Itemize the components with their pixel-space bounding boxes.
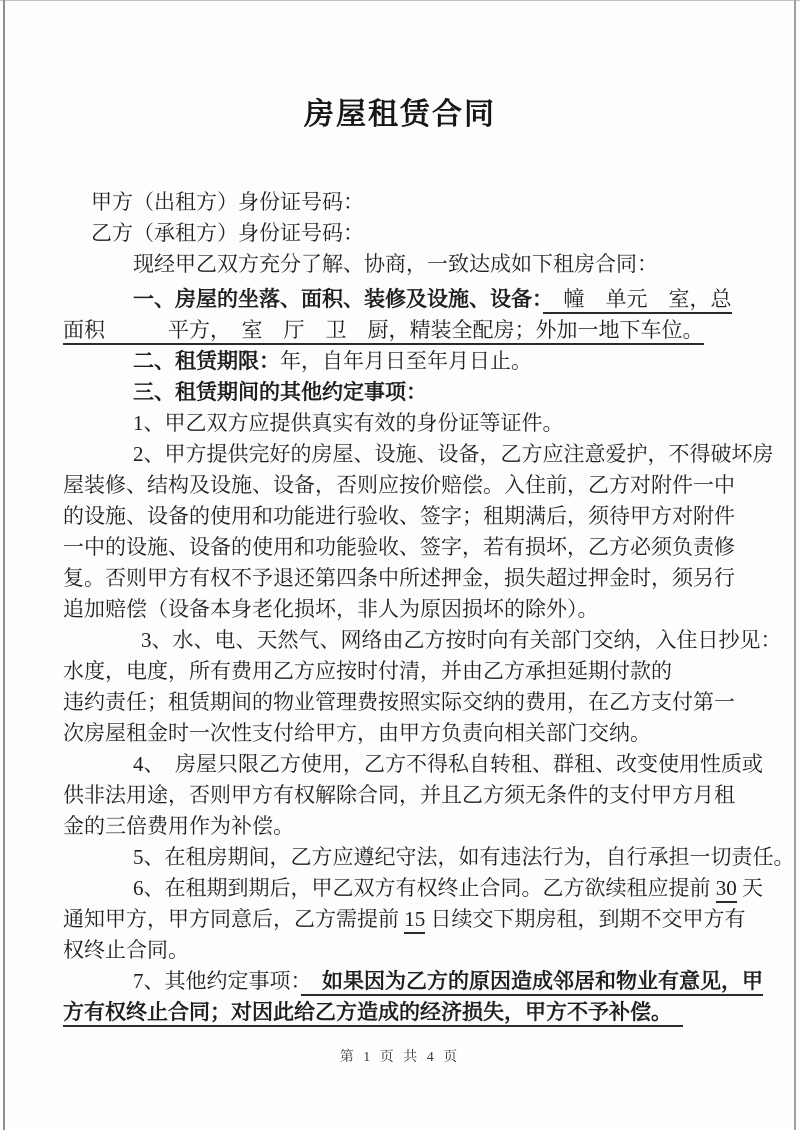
text-segment: 身份证号码： [238,221,364,245]
text-segment: 日至 [385,349,427,373]
item2-line3: 的设施、设备的使用和功能进行验收、签字；租期满后，须待甲方对附件 [63,501,780,532]
text-segment: 1、甲乙双方应提供真实有效的身份证等证件。 [133,411,564,435]
text-segment: 水 [63,659,84,683]
text-segment: 月 [364,349,385,373]
item2-line1: 2、甲方提供完好的房屋、设施、设备，乙方应注意爱护，不得破坏房 [63,439,780,470]
item1-line1: 1、甲乙双方应提供真实有效的身份证等证件。 [63,408,780,439]
text-segment: 违约责任；租赁期间的物业管理费按照实际交纳的费用，在乙方支付第一 [63,690,735,714]
page-number: 第 1 页 共 4 页 [0,1046,800,1066]
contract-body: 甲方（出租方）身份证号码：乙方（承租方）身份证号码：现经甲乙双方充分了解、协商，… [63,187,780,1028]
text-segment: 现经甲乙双方充分了解、协商，一致达成如下租房合同： [133,252,658,276]
text-segment: 的设施、设备的使用和功能进行验收、签字；租期满后，须待甲方对附件 [63,504,735,528]
item4-line1: 4、 房屋只限乙方使用，乙方不得私自转租、群租、改变使用性质或 [63,749,780,780]
text-segment: 面积 平方， 室 厅 卫 厨，精装全配房；外加一地下车位。 [63,318,704,345]
scan-edge-right [794,0,796,1130]
item3-line4: 次房屋租金时一次性支付给甲方，由甲方负责向相关部门交纳。 [63,718,780,749]
text-segment: 复。否则甲方有权不予退还第四条中所述押金，损失超过押金时，须另行 [63,566,735,590]
text-segment: 2、甲方提供完好的房屋、设施、设备，乙方应注意爱护，不得破坏房 [133,442,774,466]
text-segment: 度，电 [84,659,147,683]
text-segment: 年 [343,349,364,373]
text-segment: 三、租赁期间的其他约定事项： [133,381,427,404]
intro-line: 现经甲乙双方充分了解、协商，一致达成如下租房合同： [63,249,780,280]
text-segment: 一、房屋的坐落、面积、装修及设施、设备： [133,288,543,311]
section1-line1: 一、房屋的坐落、面积、装修及设施、设备： 幢 单元 室，总 [63,284,780,315]
text-segment: 通知甲方，甲方同意后，乙方需提前 [63,907,404,931]
item2-line6: 追加赔偿（设备本身老化损坏，非人为原因损坏的除外）。 [63,594,780,625]
scan-edge-top [0,0,800,1]
item2-line5: 复。否则甲方有权不予退还第四条中所述押金，损失超过押金时，须另行 [63,563,780,594]
text-segment: 月 [448,349,469,373]
text-segment: 追加赔偿（设备本身老化损坏，非人为原因损坏的除外）。 [63,597,599,621]
text-segment: 屋装修、结构及设施、设备，否则应按价赔偿。入住前，乙方对附件一中 [63,473,735,497]
text-segment: 4、 房屋只限乙方使用，乙方不得私自转租、群租、改变使用性质或 [133,752,763,776]
text-segment: 5、在租房期间，乙方应遵纪守法，如有违法行为，自行承担一切责任。 [133,845,795,869]
text-segment: 身份证号码： [238,190,364,214]
scan-edge-left [3,0,5,1130]
item7-line2: 方有权终止合同；对因此给乙方造成的经济损失，甲方不予补偿。 [63,997,780,1028]
item3-line1: 3、水、电、天然气、网络由乙方按时向有关部门交纳，入住日抄见： [63,625,780,656]
text-segment: 年 [427,349,448,373]
text-segment: 度，所有费用乙方应按时付清，并由乙方承担延期付款的 [147,659,672,683]
text-segment: 乙方（承租方） [91,221,238,245]
text-segment: 幢 单元 室，总 [543,287,732,314]
party-a-line: 甲方（出租方）身份证号码： [63,187,780,218]
item3-line2: 水度，电度，所有费用乙方应按时付清，并由乙方承担延期付款的 [63,656,780,687]
item4-line2: 供非法用途，否则甲方有权解除合同，并且乙方须无条件的支付甲方月租 [63,780,780,811]
text-segment: 二、租赁期限： [133,350,280,373]
text-segment: 权终止合同。 [63,938,189,962]
text-segment: 日续交下期房租，到期不交甲方有 [425,907,745,931]
text-segment: 30 [716,876,737,903]
contract-title: 房屋租赁合同 [0,95,800,135]
item5-line1: 5、在租房期间，乙方应遵纪守法，如有违法行为，自行承担一切责任。 [63,842,780,873]
section2-line: 二、租赁期限：年，自年月日至年月日止。 [63,346,780,377]
text-segment: 次房屋租金时一次性支付给甲方，由甲方负责向相关部门交纳。 [63,721,651,745]
text-segment: 甲方（出租方） [91,190,238,214]
item4-line3: 金的三倍费用作为补偿。 [63,811,780,842]
item2-line2: 屋装修、结构及设施、设备，否则应按价赔偿。入住前，乙方对附件一中 [63,470,780,501]
item7-line1: 7、其他约定事项： 如果因为乙方的原因造成邻居和物业有意见，甲 [63,966,780,997]
text-segment: 天 [737,876,763,900]
item3-line3: 违约责任；租赁期间的物业管理费按照实际交纳的费用，在乙方支付第一 [63,687,780,718]
text-segment: 方有权终止合同；对因此给乙方造成的经济损失，甲方不予补偿。 [63,1001,683,1027]
text-segment: 金的三倍费用作为补偿。 [63,814,294,838]
item6-line2: 通知甲方，甲方同意后，乙方需提前 15 日续交下期房租，到期不交甲方有 [63,904,780,935]
party-b-line: 乙方（承租方）身份证号码： [63,218,780,249]
text-segment: 6、在租期到期后，甲乙双方有权终止合同。乙方欲续租应提前 [133,876,716,900]
scanned-rental-contract-page: 房屋租赁合同 甲方（出租方）身份证号码：乙方（承租方）身份证号码：现经甲乙双方充… [0,0,800,1130]
item2-line4: 一中的设施、设备的使用和功能验收、签字，若有损坏，乙方必须负责修 [63,532,780,563]
text-segment: 日止。 [469,349,532,373]
text-segment: 7、其他约定事项： [133,969,301,993]
text-segment: 15 [404,907,425,934]
section1-line2: 面积 平方， 室 厅 卫 厨，精装全配房；外加一地下车位。 [63,315,780,346]
text-segment: 如果因为乙方的原因造成邻居和物业有意见，甲 [301,970,763,996]
item6-line3: 权终止合同。 [63,935,780,966]
text-segment: 供非法用途，否则甲方有权解除合同，并且乙方须无条件的支付甲方月租 [63,783,735,807]
section3-heading: 三、租赁期间的其他约定事项： [63,377,780,408]
item6-line1: 6、在租期到期后，甲乙双方有权终止合同。乙方欲续租应提前 30 天 [63,873,780,904]
text-segment: 3、水、电、天然气、网络由乙方按时向有关部门交纳，入住日抄见： [141,628,782,652]
text-segment: 年，自 [280,349,343,373]
text-segment: 一中的设施、设备的使用和功能验收、签字，若有损坏，乙方必须负责修 [63,535,735,559]
